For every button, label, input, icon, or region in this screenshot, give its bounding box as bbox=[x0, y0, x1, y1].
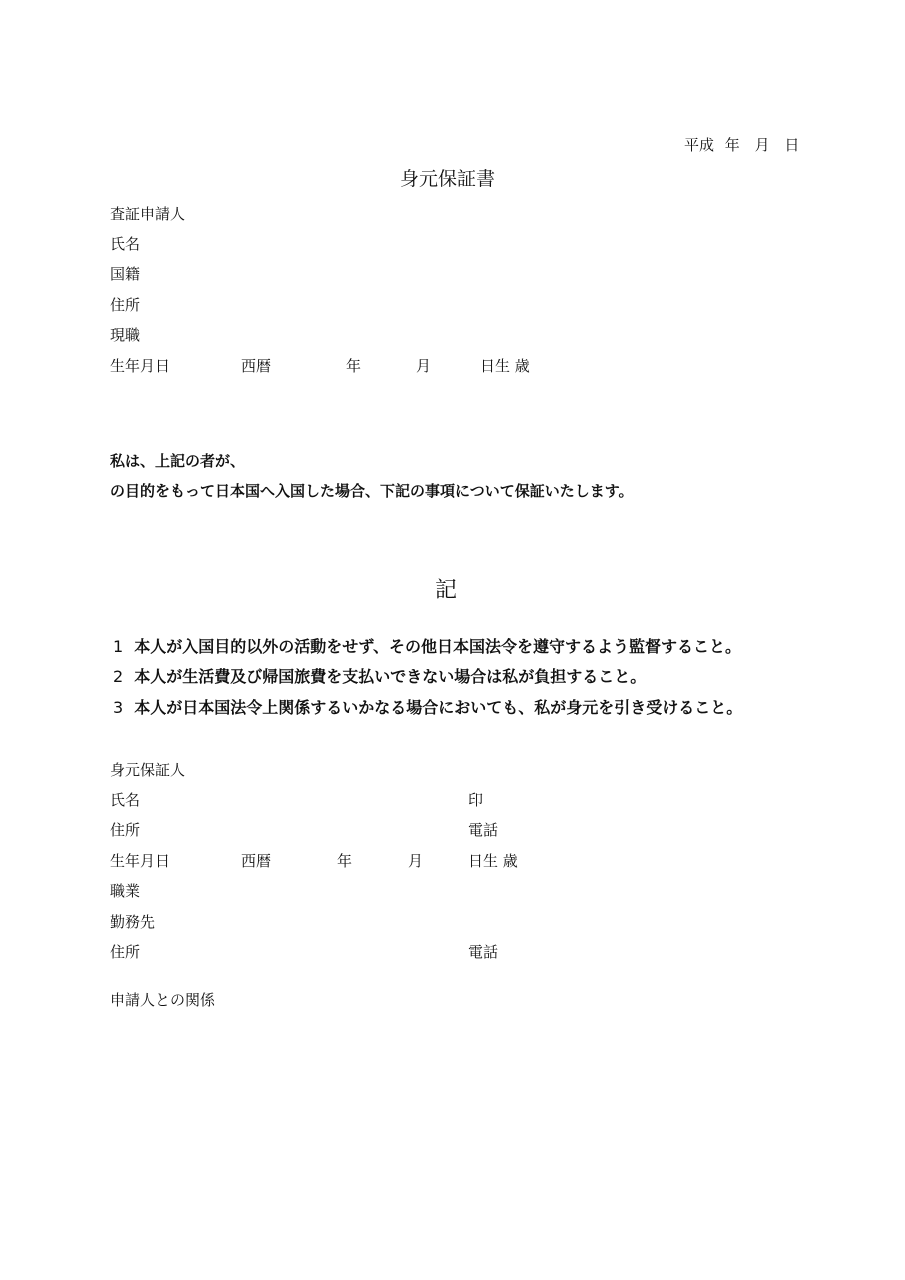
guarantor-phone-label: 電話 bbox=[468, 820, 498, 840]
date-month: 月 bbox=[755, 136, 770, 154]
applicant-nationality-label: 国籍 bbox=[110, 264, 140, 284]
applicant-birthdate-day-age: 日生 歳 bbox=[480, 356, 530, 376]
guarantor-relation-label: 申請人との関係 bbox=[110, 990, 215, 1010]
item-text: 本人が生活費及び帰国旅費を支払いできない場合は私が負担すること。 bbox=[134, 667, 646, 686]
guarantor-birthdate-year: 年 bbox=[337, 851, 352, 871]
guarantor-seal-label: 印 bbox=[468, 790, 483, 810]
applicant-birthdate-month: 月 bbox=[416, 356, 431, 376]
applicant-birthdate-year: 年 bbox=[346, 356, 361, 376]
guarantor-address-label: 住所 bbox=[110, 820, 140, 840]
statement-line-2: の目的をもって日本国へ入国した場合、下記の事項について保証いたします。 bbox=[110, 481, 634, 501]
applicant-address-label: 住所 bbox=[110, 295, 140, 315]
guarantor-heading: 身元保証人 bbox=[110, 760, 185, 780]
date-line: 平成 年 月 日 bbox=[684, 135, 799, 155]
guarantor-name-label: 氏名 bbox=[110, 790, 140, 810]
applicant-occupation-label: 現職 bbox=[110, 325, 140, 345]
applicant-birthdate-calendar: 西暦 bbox=[241, 356, 271, 376]
item-text: 本人が日本国法令上関係するいかなる場合においても、私が身元を引き受けること。 bbox=[134, 698, 742, 717]
date-year: 年 bbox=[725, 136, 740, 154]
item-number: 2 bbox=[113, 667, 123, 686]
applicant-name-label: 氏名 bbox=[110, 234, 140, 254]
list-item: 2 本人が生活費及び帰国旅費を支払いできない場合は私が負担すること。 bbox=[113, 666, 646, 688]
statement-line-1: 私は、上記の者が、 bbox=[110, 451, 245, 471]
guarantor-birthdate-calendar: 西暦 bbox=[241, 851, 271, 871]
guarantor-workplace-label: 勤務先 bbox=[110, 912, 155, 932]
guarantor-birthdate-label: 生年月日 bbox=[110, 851, 170, 871]
ki-heading: 記 bbox=[435, 577, 457, 605]
item-number: 3 bbox=[113, 698, 123, 717]
guarantor-work-phone-label: 電話 bbox=[468, 942, 498, 962]
item-number: 1 bbox=[113, 637, 123, 656]
document-title: 身元保証書 bbox=[400, 167, 495, 191]
list-item: 1 本人が入国目的以外の活動をせず、その他日本国法令を遵守するよう監督すること。 bbox=[113, 636, 741, 658]
date-era: 平成 bbox=[684, 136, 714, 154]
guarantor-birthdate-day-age: 日生 歳 bbox=[468, 851, 518, 871]
guarantor-birthdate-month: 月 bbox=[408, 851, 423, 871]
applicant-heading: 査証申請人 bbox=[110, 204, 185, 224]
item-text: 本人が入国目的以外の活動をせず、その他日本国法令を遵守するよう監督すること。 bbox=[134, 637, 741, 656]
guarantor-work-address-label: 住所 bbox=[110, 942, 140, 962]
guarantor-occupation-label: 職業 bbox=[110, 881, 140, 901]
applicant-birthdate-label: 生年月日 bbox=[110, 356, 170, 376]
list-item: 3 本人が日本国法令上関係するいかなる場合においても、私が身元を引き受けること。 bbox=[113, 697, 742, 719]
date-day: 日 bbox=[784, 136, 799, 154]
